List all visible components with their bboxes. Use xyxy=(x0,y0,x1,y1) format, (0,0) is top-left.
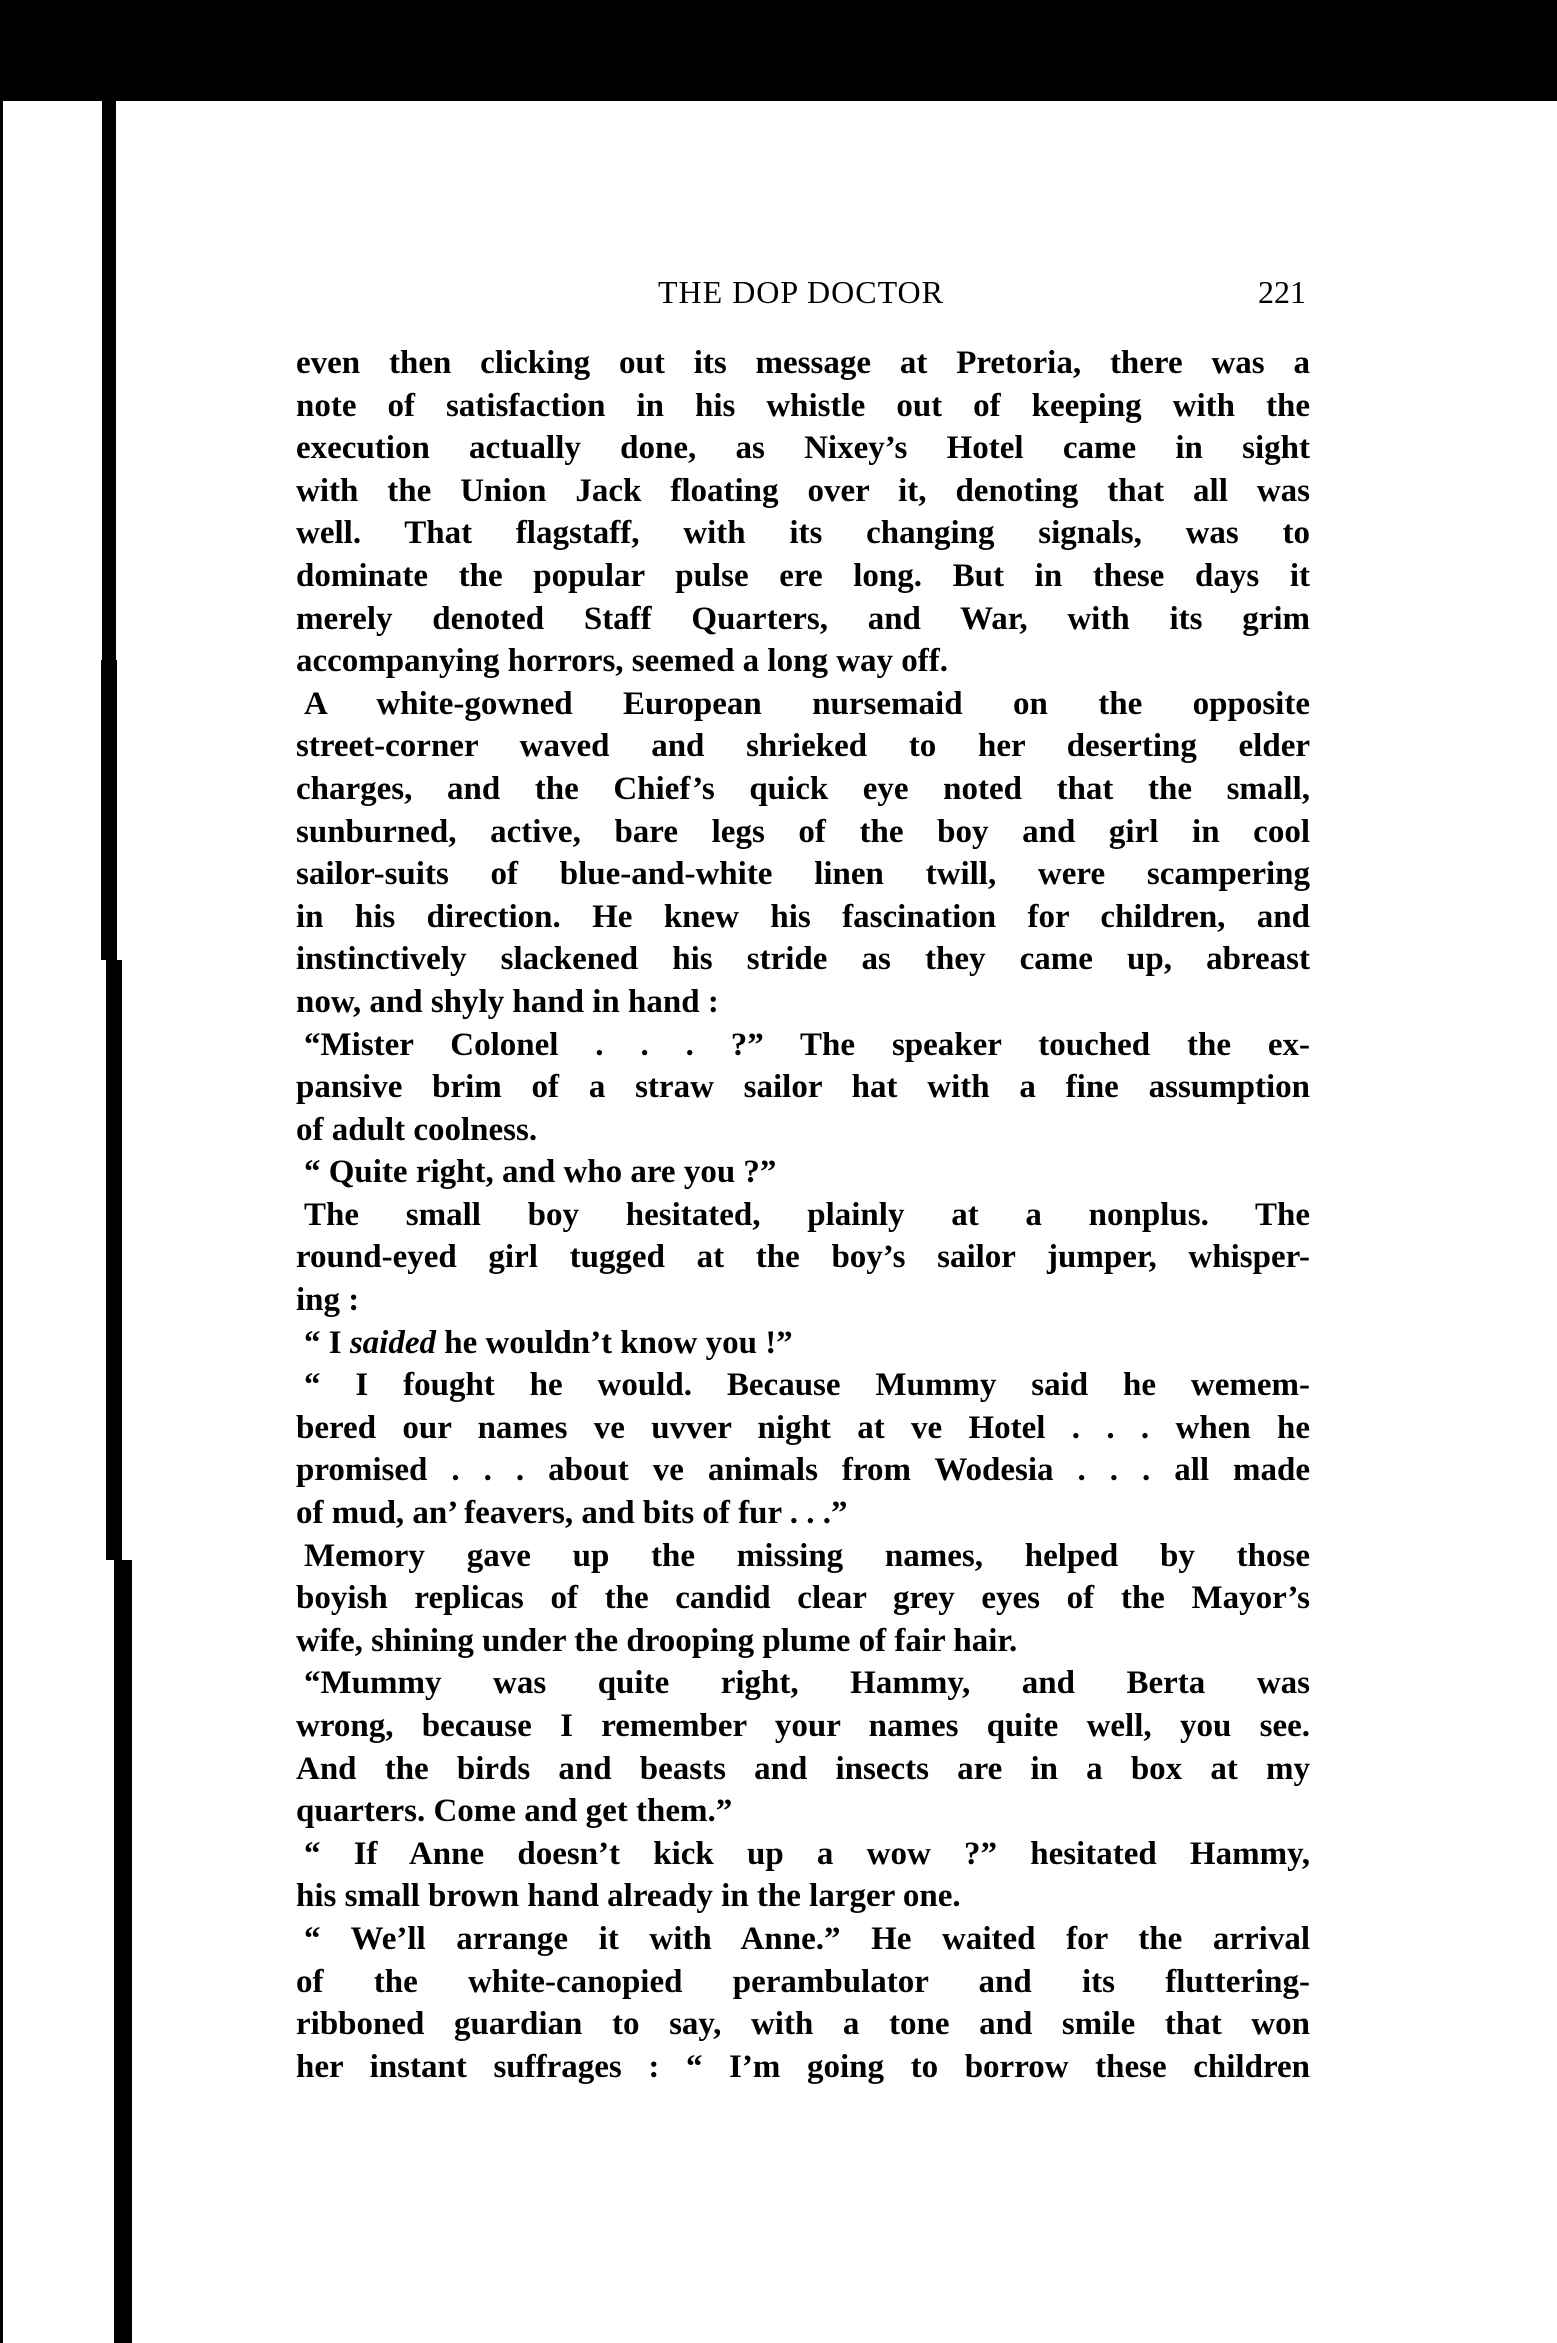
text-line: “ Quite right, and who are you ?” xyxy=(296,1151,1310,1194)
text-line: accompanying horrors, seemed a long way … xyxy=(296,640,1310,683)
text-segment: “ I xyxy=(304,1325,350,1361)
text-line: sailor-suits of blue-and-white linen twi… xyxy=(296,853,1310,896)
italic-word: saided xyxy=(350,1325,436,1361)
book-gutter-shadow xyxy=(114,1560,132,2343)
text-line: quarters. Come and get them.” xyxy=(296,1790,1310,1833)
text-line: his small brown hand already in the larg… xyxy=(296,1875,1310,1918)
running-head: THE DOP DOCTOR 221 xyxy=(296,272,1306,312)
text-line: even then clicking out its message at Pr… xyxy=(296,342,1310,385)
text-line: her instant suffrages : “ I’m going to b… xyxy=(296,2046,1310,2089)
book-gutter-shadow xyxy=(102,100,116,660)
text-line: merely denoted Staff Quarters, and War, … xyxy=(296,598,1310,641)
text-line: The small boy hesitated, plainly at a no… xyxy=(296,1194,1310,1237)
text-line: round-eyed girl tugged at the boy’s sail… xyxy=(296,1236,1310,1279)
text-line: ing : xyxy=(296,1279,1310,1322)
book-gutter-shadow xyxy=(101,660,117,960)
text-line: execution actually done, as Nixey’s Hote… xyxy=(296,427,1310,470)
text-line: promised . . . about ve animals from Wod… xyxy=(296,1449,1310,1492)
text-line: ribboned guardian to say, with a tone an… xyxy=(296,2003,1310,2046)
text-line: in his direction. He knew his fascinatio… xyxy=(296,896,1310,939)
text-line: wrong, because I remember your names qui… xyxy=(296,1705,1310,1748)
text-line: street-corner waved and shrieked to her … xyxy=(296,725,1310,768)
text-line: note of satisfaction in his whistle out … xyxy=(296,385,1310,428)
scan-top-border xyxy=(0,0,1557,101)
page-number: 221 xyxy=(1258,272,1306,312)
text-line: “ We’ll arrange it with Anne.” He waited… xyxy=(296,1918,1310,1961)
text-line: of the white-canopied perambulator and i… xyxy=(296,1961,1310,2004)
text-line: boyish replicas of the candid clear grey… xyxy=(296,1577,1310,1620)
text-line: charges, and the Chief’s quick eye noted… xyxy=(296,768,1310,811)
text-line: Memory gave up the missing names, helped… xyxy=(296,1535,1310,1578)
text-line: well. That flagstaff, with its changing … xyxy=(296,512,1310,555)
text-line: now, and shyly hand in hand : xyxy=(296,981,1310,1024)
text-line: bered our names ve uvver night at ve Hot… xyxy=(296,1407,1310,1450)
text-segment: he wouldn’t know you !” xyxy=(436,1325,793,1361)
body-text: even then clicking out its message at Pr… xyxy=(296,342,1310,2088)
book-gutter-shadow xyxy=(106,960,122,1560)
text-line: dominate the popular pulse ere long. But… xyxy=(296,555,1310,598)
scan-left-edge xyxy=(0,100,3,2343)
text-line: “Mummy was quite right, Hammy, and Berta… xyxy=(296,1662,1310,1705)
text-line: wife, shining under the drooping plume o… xyxy=(296,1620,1310,1663)
text-line: A white-gowned European nursemaid on the… xyxy=(296,683,1310,726)
text-line: “ I fought he would. Because Mummy said … xyxy=(296,1364,1310,1407)
text-line-with-italic: “ I saided he wouldn’t know you !” xyxy=(296,1322,1310,1365)
text-line: “Mister Colonel . . . ?” The speaker tou… xyxy=(296,1024,1310,1067)
text-line: of adult coolness. xyxy=(296,1109,1310,1152)
text-line: “ If Anne doesn’t kick up a wow ?” hesit… xyxy=(296,1833,1310,1876)
text-line: sunburned, active, bare legs of the boy … xyxy=(296,811,1310,854)
text-line: And the birds and beasts and insects are… xyxy=(296,1748,1310,1791)
text-line: pansive brim of a straw sailor hat with … xyxy=(296,1066,1310,1109)
text-line: instinctively slackened his stride as th… xyxy=(296,938,1310,981)
running-title: THE DOP DOCTOR xyxy=(296,272,1306,312)
text-line: with the Union Jack floating over it, de… xyxy=(296,470,1310,513)
text-line: of mud, an’ feavers, and bits of fur . .… xyxy=(296,1492,1310,1535)
